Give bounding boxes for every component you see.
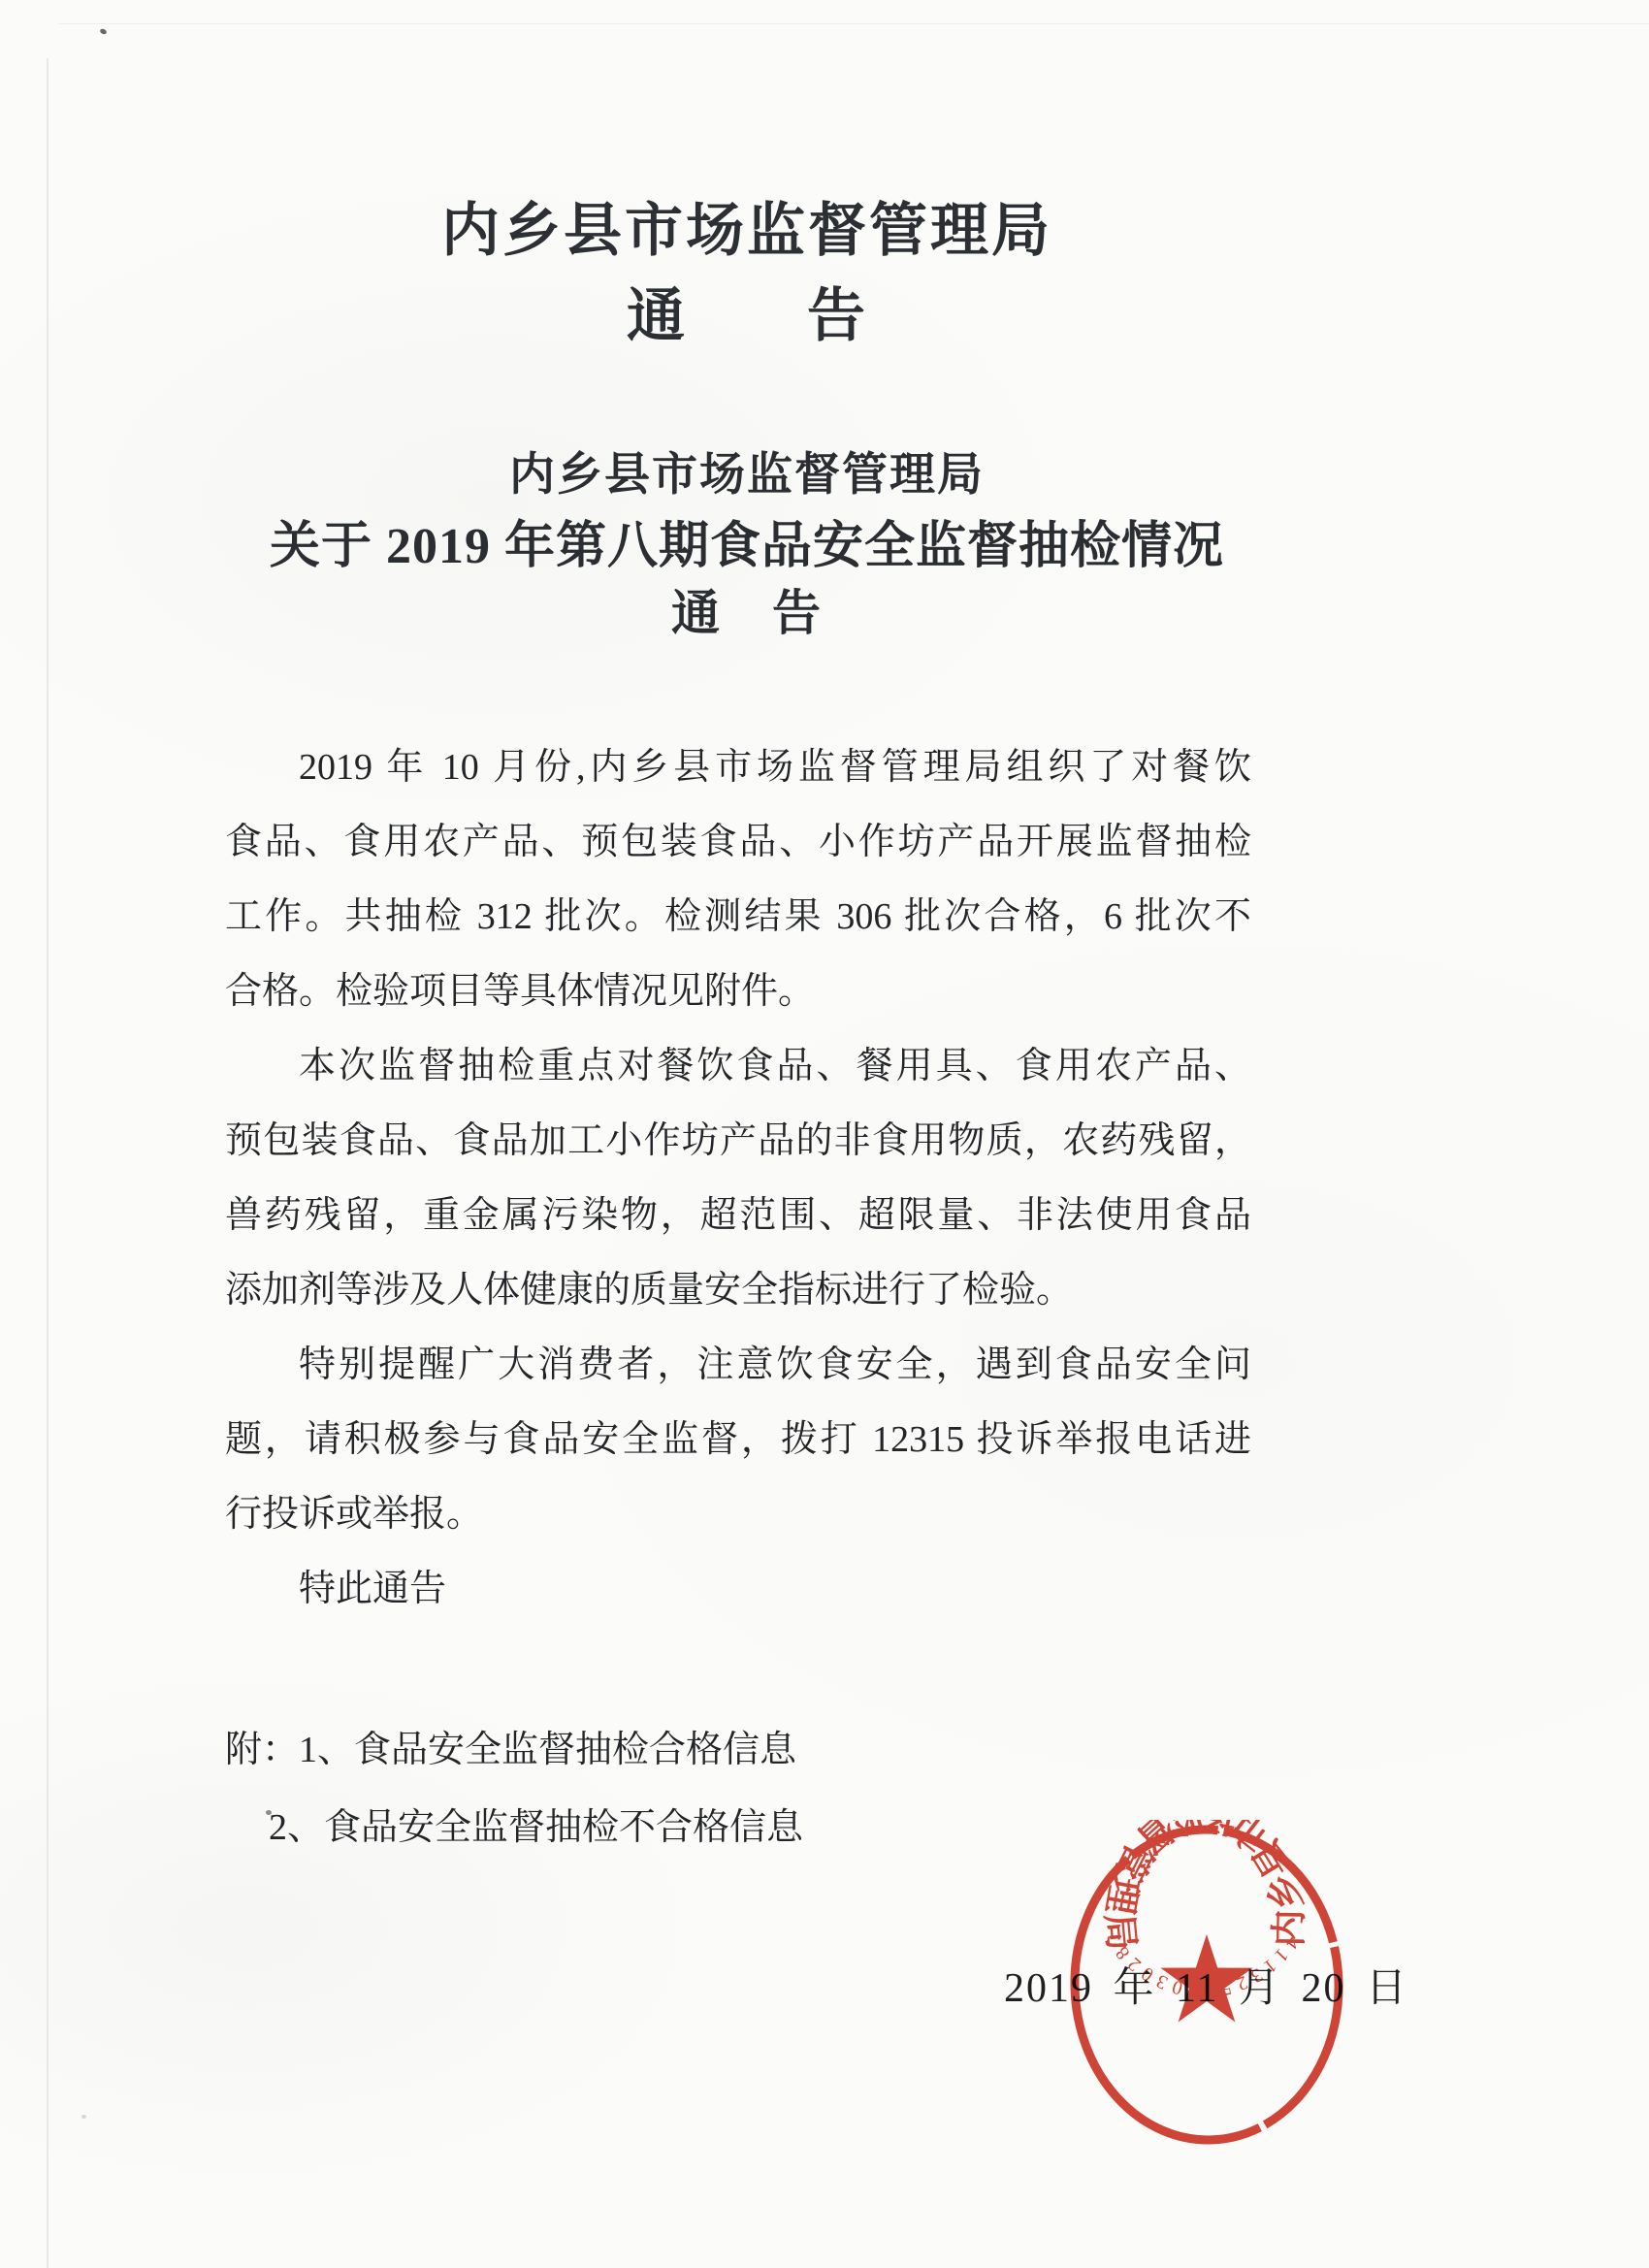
body-line: 预包装食品、食品加工小作坊产品的非食用物质，农药残留， [225,1104,1251,1179]
seal-agency-arc-text: 内乡县市场监督管理局 [1093,1820,1311,1955]
body-line: 食品、食用农产品、预包装食品、小作坊产品开展监督抽检 [225,805,1251,880]
body-line: 兽药残留，重金属污染物，超范围、超限量、非法使用食品 [225,1179,1251,1253]
body-line: 2019 年 10 月份,内乡县市场监督管理局组织了对餐饮 [225,730,1251,805]
main-title-agency: 内乡县市场监督管理局 [0,184,1494,268]
svg-text:内乡县市场监督管理局: 内乡县市场监督管理局 [1093,1820,1311,1955]
body-line: 特别提醒广大消费者，注意饮食安全，遇到食品安全问 [225,1328,1251,1403]
scanned-notice-page: { "document": { "main_title": { "line1":… [0,0,1649,2268]
body-line: 添加剂等涉及人体健康的质量安全指标进行了检验。 [225,1253,1251,1328]
document-body: 2019 年 10 月份,内乡县市场监督管理局组织了对餐饮 食品、食用农产品、预… [225,730,1251,1627]
scan-page-edge-line [47,58,48,2268]
attachment-item-1: 附：1、食品安全监督抽检合格信息 [225,1711,1292,1789]
body-line: 工作。共抽检 312 批次。检测结果 306 批次合格，6 批次不 [225,880,1251,955]
body-line: 行投诉或举报。 [225,1477,1251,1552]
scan-speck [81,2115,86,2119]
body-line: 题，请积极参与食品安全监督，拨打 12315 投诉举报电话进 [225,1403,1251,1477]
subtitle-notice: 通 告 [0,574,1494,644]
scan-speck [99,28,107,35]
subtitle-subject: 关于 2019 年第八期食品安全监督抽检情况 [0,504,1494,577]
body-line: 合格。检验项目等具体情况见附件。 [225,955,1251,1029]
main-title-notice: 通 告 [0,270,1494,353]
body-line-closing: 特此通告 [225,1552,1251,1627]
official-seal: 内乡县市场监督管理局 4113250003028 [1061,1820,1352,2150]
subtitle-agency: 内乡县市场监督管理局 [0,438,1494,503]
scan-top-edge-line [58,23,1649,24]
body-line: 本次监督抽检重点对餐饮食品、餐用具、食用农产品、 [225,1029,1251,1104]
